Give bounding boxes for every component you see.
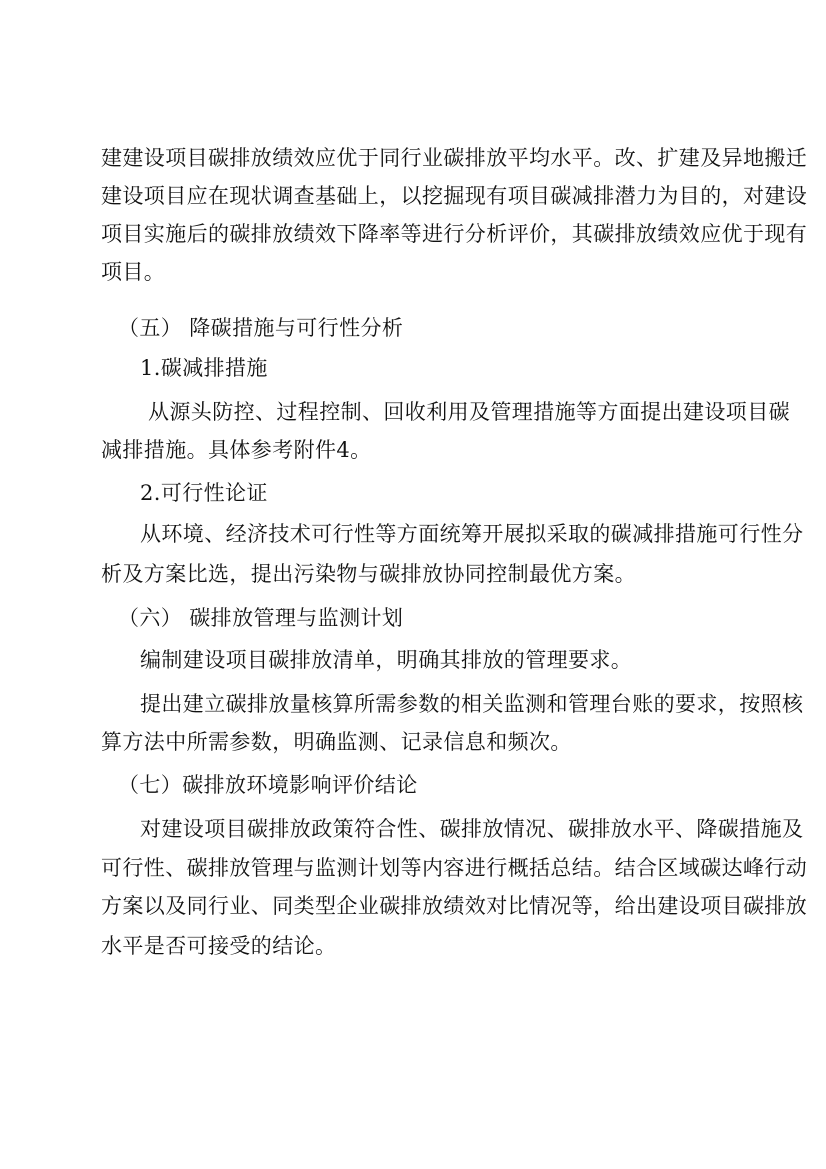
document-page: 建建设项目碳排放绩效应优于同行业碳排放平均水平。改、扩建及异地搬迁 建设项目应在… (0, 0, 826, 1169)
text-line: 项目。 (101, 259, 751, 285)
text-line: 方案以及同行业、同类型企业碳排放绩效对比情况等，给出建设项目碳排放 (101, 893, 751, 919)
text-line: 可行性、碳排放管理与监测计划等内容进行概括总结。结合区域碳达峰行动 (101, 855, 751, 881)
text-line: 析及方案比选，提出污染物与碳排放协同控制最优方案。 (101, 561, 751, 587)
paragraph-emission-inventory: 编制建设项目碳排放清单，明确其排放的管理要求。 (140, 647, 751, 673)
text-line: 建设项目应在现状调查基础上，以挖掘现有项目碳减排潜力为目的，对建设 (101, 183, 751, 209)
subheading-feasibility: 2.可行性论证 (140, 480, 751, 506)
section-heading-7: （七）碳排放环境影响评价结论 (118, 772, 768, 798)
text-line: 项目实施后的碳排放绩效下降率等进行分析评价，其碳排放绩效应优于现有 (101, 221, 751, 247)
text-line: 从环境、经济技术可行性等方面统筹开展拟采取的碳减排措施可行性分 (140, 521, 751, 547)
text-line: 建建设项目碳排放绩效应优于同行业碳排放平均水平。改、扩建及异地搬迁 (101, 145, 751, 171)
section-heading-6: （六） 碳排放管理与监测计划 (118, 605, 768, 631)
subheading-carbon-reduction-measures: 1.碳减排措施 (140, 355, 751, 381)
text-line: 对建设项目碳排放政策符合性、碳排放情况、碳排放水平、降碳措施及 (140, 816, 751, 842)
text-line: 从源头防控、过程控制、回收利用及管理措施等方面提出建设项目碳 (148, 399, 751, 425)
text-line: 水平是否可接受的结论。 (101, 933, 751, 959)
text-line: 减排措施。具体参考附件4。 (101, 437, 751, 463)
text-line: 提出建立碳排放量核算所需参数的相关监测和管理台账的要求，按照核 (140, 691, 751, 717)
section-heading-5: （五） 降碳措施与可行性分析 (118, 315, 768, 341)
text-line: 算方法中所需参数，明确监测、记录信息和频次。 (101, 729, 751, 755)
